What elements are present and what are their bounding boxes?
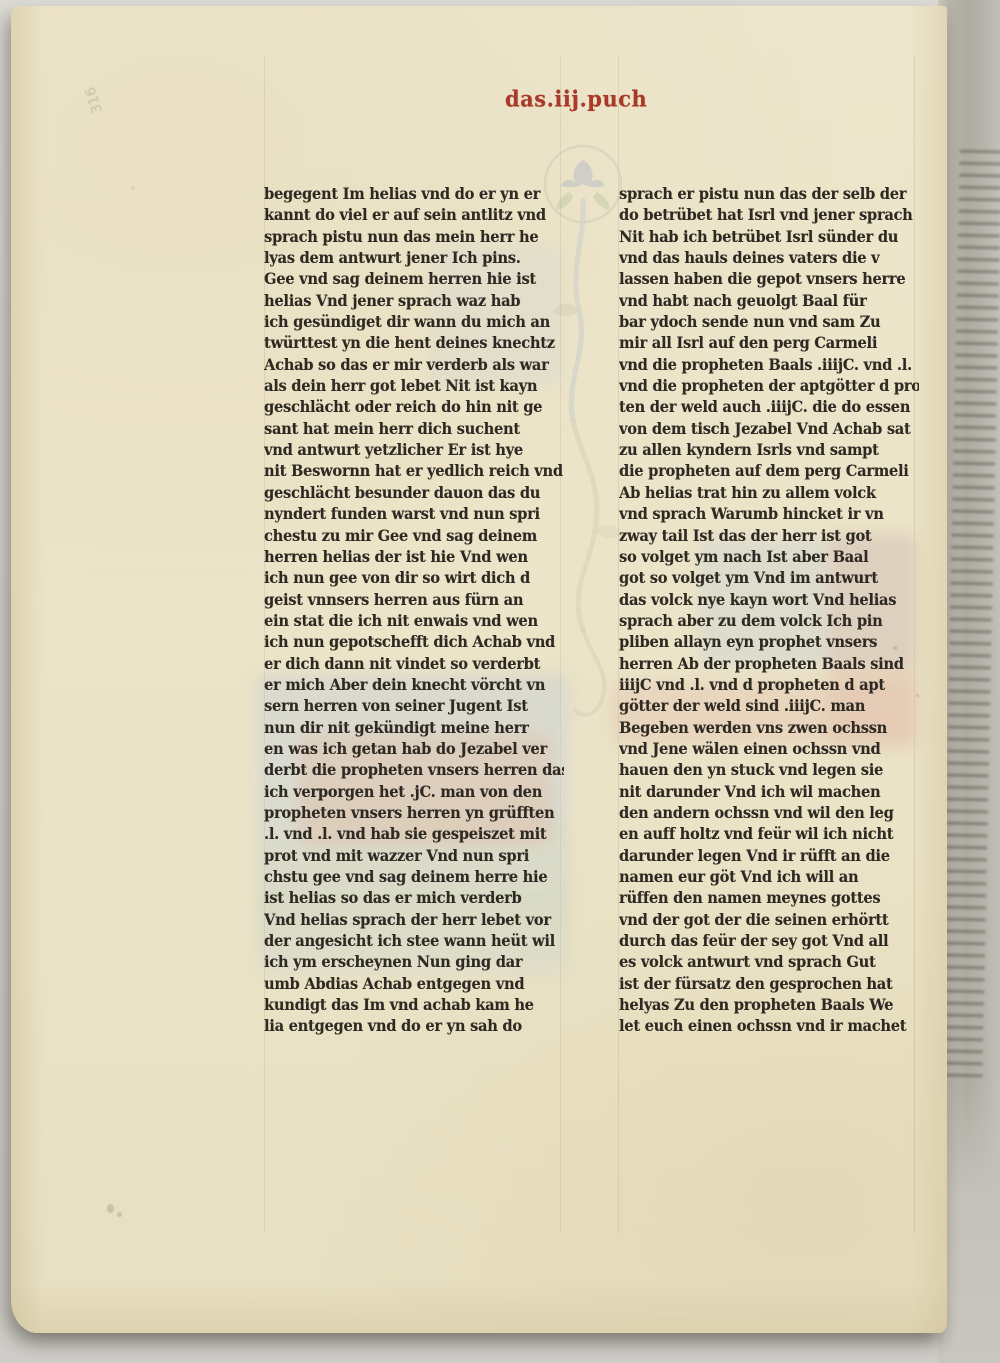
text-line: .l. vnd .l. vnd hab sie gespeiszet mit — [264, 825, 564, 848]
text-line: lia entgegen vnd do er yn sah do — [264, 1017, 564, 1040]
text-line: die propheten auf dem perg Carmeli — [619, 462, 919, 485]
text-line: vnd Jene wälen einen ochssn vnd — [619, 740, 919, 763]
text-line: geist vnnsers herren aus fürn an — [264, 591, 564, 614]
parchment-stain — [893, 646, 897, 650]
text-line: got so volget ym Vnd im antwurt — [619, 569, 919, 592]
text-line: helias Vnd jener sprach waz hab — [264, 292, 564, 315]
text-line: sern herren von seiner Jugent Ist — [264, 697, 564, 720]
text-line: kundigt das Im vnd achab kam he — [264, 996, 564, 1019]
text-line: lassen haben die gepot vnsers herre — [619, 270, 919, 293]
text-line: do betrübet hat Isrl vnd jener sprach — [619, 206, 919, 229]
text-line: herren Ab der propheten Baals sind — [619, 655, 919, 678]
text-line: bar ydoch sende nun vnd sam Zu — [619, 313, 919, 336]
text-line: vnd der got der die seinen erhörtt — [619, 911, 919, 934]
text-line: rüffen den namen meynes gottes — [619, 889, 919, 912]
text-line: lyas dem antwurt jener Ich pins. — [264, 249, 564, 272]
text-line: nit Beswornn hat er yedlich reich vnd — [264, 462, 564, 485]
text-line: vnd das hauls deines vaters die v — [619, 249, 919, 272]
text-line: sprach aber zu dem volck Ich pin — [619, 612, 919, 635]
text-line: umb Abdias Achab entgegen vnd — [264, 975, 564, 998]
text-line: ist helias so das er mich verderb — [264, 889, 564, 912]
text-line: ich verporgen het .jC. man von den — [264, 783, 564, 806]
photo-backdrop: 316 das.iij.puch begegent Im heli — [0, 0, 1000, 1363]
text-line: en auff holtz vnd feür wil ich nicht — [619, 825, 919, 848]
text-line: ich nun gee von dir so wirt dich d — [264, 569, 564, 592]
text-line: prot vnd mit wazzer Vnd nun spri — [264, 847, 564, 870]
text-line: das volck nye kayn wort Vnd helias — [619, 591, 919, 614]
text-line: ein stat die ich nit enwais vnd wen — [264, 612, 564, 635]
text-line: helyas Zu den propheten Baals We — [619, 996, 919, 1019]
text-line: chestu zu mir Gee vnd sag deinem — [264, 527, 564, 550]
text-line: Begeben werden vns zwen ochssn — [619, 719, 919, 742]
text-line: darunder legen Vnd ir rüfft an die — [619, 847, 919, 870]
text-line: herren helias der ist hie Vnd wen — [264, 548, 564, 571]
text-line: es volck antwurt vnd sprach Gut — [619, 953, 919, 976]
text-line: er mich Aber dein knecht vörcht vn — [264, 676, 564, 699]
text-line: durch das feür der sey got Vnd all — [619, 932, 919, 955]
book-fore-edge — [938, 0, 1000, 1363]
text-line: vnd die propheten der aptgötter d prophe — [619, 377, 919, 400]
text-line: nun dir nit gekündigt meine herr — [264, 719, 564, 742]
text-line: twürttest yn die hent deines knechtz — [264, 334, 564, 357]
text-line: götter der weld sind .iiijC. man — [619, 697, 919, 720]
text-line: ich ym erscheynen Nun ging dar — [264, 953, 564, 976]
text-column-left: begegent Im helias vnd do er yn erkannt … — [264, 185, 564, 1045]
text-line: ich gesündiget dir wann du mich an — [264, 313, 564, 336]
text-line: nit darunder Vnd ich wil machen — [619, 783, 919, 806]
text-line: so volget ym nach Ist aber Baal — [619, 548, 919, 571]
fore-edge-lower-shade — [938, 1083, 1000, 1363]
text-line: nyndert funden warst vnd nun spri — [264, 505, 564, 528]
text-line: als dein herr got lebet Nit ist kayn — [264, 377, 564, 400]
text-line: en was ich getan hab do Jezabel ver — [264, 740, 564, 763]
text-line: hauen den yn stuck vnd legen sie — [619, 761, 919, 784]
text-line: der angesicht ich stee wann heüt wil — [264, 932, 564, 955]
text-line: begegent Im helias vnd do er yn er — [264, 185, 564, 208]
text-line: sant hat mein herr dich suchent — [264, 420, 564, 443]
text-line: mir all Isrl auf den perg Carmeli — [619, 334, 919, 357]
text-line: vnd antwurt yetzlicher Er ist hye — [264, 441, 564, 464]
text-line: den andern ochssn vnd wil den leg — [619, 804, 919, 827]
adjacent-leaf-text-blur — [940, 150, 1000, 1081]
text-line: namen eur göt Vnd ich will an — [619, 868, 919, 891]
text-line: ich nun gepotschefft dich Achab vnd — [264, 633, 564, 656]
parchment-stain — [117, 1212, 122, 1217]
text-line: von dem tisch Jezabel Vnd Achab sat — [619, 420, 919, 443]
text-line: zway tail Ist das der herr ist got — [619, 527, 919, 550]
text-column-right: sprach er pistu nun das der selb derdo b… — [619, 185, 919, 1045]
manuscript-page: 316 das.iij.puch begegent Im heli — [11, 6, 947, 1333]
parchment-stain — [916, 694, 919, 697]
text-line: sprach er pistu nun das der selb der — [619, 185, 919, 208]
text-line: vnd sprach Warumb hincket ir vn — [619, 505, 919, 528]
text-line: pliben allayn eyn prophet vnsers — [619, 633, 919, 656]
text-line: chstu gee vnd sag deinem herre hie — [264, 868, 564, 891]
text-line: sprach pistu nun das mein herr he — [264, 228, 564, 251]
text-line: Vnd helias sprach der herr lebet vor — [264, 911, 564, 934]
text-line: Gee vnd sag deinem herren hie ist — [264, 270, 564, 293]
text-line: Achab so das er mir verderb als war — [264, 356, 564, 379]
text-line: zu allen kyndern Isrls vnd sampt — [619, 441, 919, 464]
text-line: er dich dann nit vindet so verderbt — [264, 655, 564, 678]
text-line: geschlächt besunder dauon das du — [264, 484, 564, 507]
text-line: propheten vnsers herren yn grüfften — [264, 804, 564, 827]
folio-number: 316 — [83, 85, 106, 115]
running-title-rubric: das.iij.puch — [505, 85, 665, 111]
text-line: kannt do viel er auf sein antlitz vnd — [264, 206, 564, 229]
text-line: geschlächt oder reich do hin nit ge — [264, 398, 564, 421]
text-line: Ab helias trat hin zu allem volck — [619, 484, 919, 507]
text-line: vnd habt nach geuolgt Baal für — [619, 292, 919, 315]
text-line: ten der weld auch .iiijC. die do essen — [619, 398, 919, 421]
parchment-stain — [131, 186, 135, 190]
parchment-stain — [107, 1204, 114, 1213]
text-line: ist der fürsatz den gesprochen hat — [619, 975, 919, 998]
text-line: vnd die propheten Baals .iiijC. vnd .l. — [619, 356, 919, 379]
text-line: iiijC vnd .l. vnd d propheten d apt — [619, 676, 919, 699]
text-line: derbt die propheten vnsers herren das — [264, 761, 564, 784]
text-line: let euch einen ochssn vnd ir machet — [619, 1017, 919, 1040]
text-line: Nit hab ich betrübet Isrl sünder du — [619, 228, 919, 251]
